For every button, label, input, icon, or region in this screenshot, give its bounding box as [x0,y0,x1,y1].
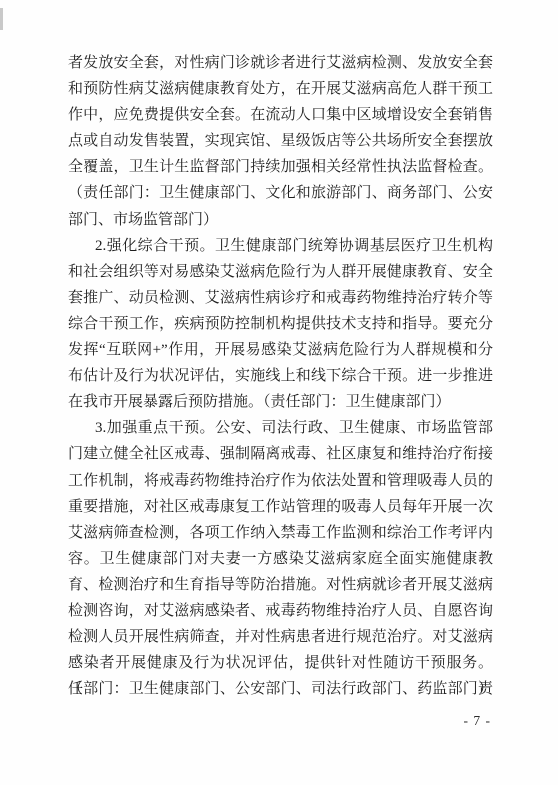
text-line: 育、检测治疗和生育指导等防治措施。对性病就诊者开展艾滋病 [68,572,493,598]
text-line: 检测人员开展性病筛查，并对性病患者进行规范治疗。对艾滋病 [68,624,493,650]
text-line: 艾滋病筛查检测，各项工作纳入禁毒工作监测和综治工作考评内 [68,520,493,546]
text-line: 发挥“互联网+”作用，开展易感染艾滋病危险行为人群规模和分 [68,337,493,363]
text-line: （责任部门：卫生健康部门、文化和旅游部门、商务部门、公安 [68,180,493,206]
text-line: 点或自动发售装置，实现宾馆、星级饭店等公共场所安全套摆放 [68,128,493,154]
text-line: 全覆盖，卫生计生监督部门持续加强相关经常性执法监督检查。 [68,154,493,180]
page-number: - 7 - [68,713,493,729]
text-line: 综合干预工作，疾病预防控制机构提供技术支持和指导。要充分 [68,311,493,337]
text-line: 门建立健全社区戒毒、强制隔离戒毒、社区康复和维持治疗衔接 [68,441,493,467]
text-line: 者发放安全套，对性病门诊就诊者进行艾滋病检测、发放安全套 [68,50,493,76]
text-line: 任部门：卫生健康部门、公安部门、司法行政部门、药监部门） [68,676,493,702]
scan-artifact [0,8,3,30]
text-line: 工作机制，将戒毒药物维持治疗作为依法处置和管理吸毒人员的 [68,468,493,494]
document-body: 者发放安全套，对性病门诊就诊者进行艾滋病检测、发放安全套 和预防性病艾滋病健康教… [68,50,493,729]
text-line: 感染者开展健康及行为状况评估，提供针对性随访干预服务。（责 [68,650,493,676]
text-line: 重要措施，对社区戒毒康复工作站管理的吸毒人员每年开展一次 [68,494,493,520]
text-line: 作中，应免费提供安全套。在流动人口集中区域增设安全套销售 [68,102,493,128]
text-line: 容。卫生健康部门对夫妻一方感染艾滋病家庭全面实施健康教 [68,546,493,572]
text-line: 部门、市场监管部门） [68,207,493,233]
text-line: 和预防性病艾滋病健康教育处方，在开展艾滋病高危人群干预工 [68,76,493,102]
paragraph-start-line: 2.强化综合干预。卫生健康部门统筹协调基层医疗卫生机构 [68,233,493,259]
text-line: 布估计及行为状况评估，实施线上和线下综合干预。进一步推进 [68,363,493,389]
paragraph-start-line: 3.加强重点干预。公安、司法行政、卫生健康、市场监管部 [68,415,493,441]
text-line: 和社会组织等对易感染艾滋病危险行为人群开展健康教育、安全 [68,259,493,285]
document-page: 者发放安全套，对性病门诊就诊者进行艾滋病检测、发放安全套 和预防性病艾滋病健康教… [0,0,558,785]
text-line: 检测咨询，对艾滋病感染者、戒毒药物维持治疗人员、自愿咨询 [68,598,493,624]
text-line: 在我市开展暴露后预防措施。（责任部门：卫生健康部门） [68,389,493,415]
text-line: 套推广、动员检测、艾滋病性病诊疗和戒毒药物维持治疗转介等 [68,285,493,311]
